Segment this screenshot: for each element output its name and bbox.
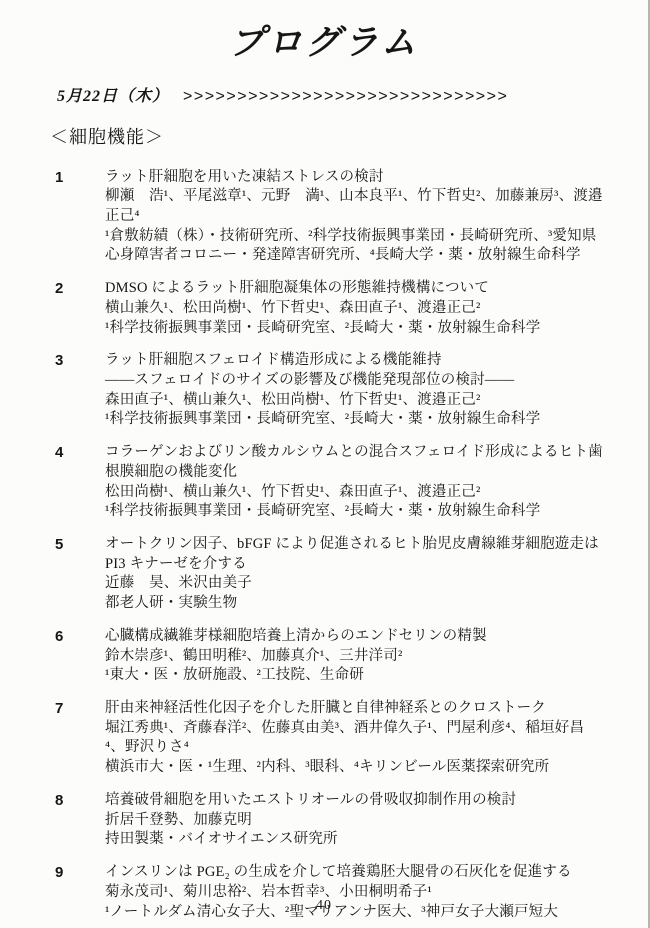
entry-subtitle: ――スフェロイドのサイズの影響及び機能発現部位の検討――: [105, 371, 604, 391]
entry-number: 3: [55, 351, 105, 430]
entry-affiliations: ¹東大・医・放研施設、²工技院、生命研: [105, 666, 604, 686]
entry-body: 心臓構成繊維芽様細胞培養上清からのエンドセリンの精製 鈴木崇彦¹、鶴田明稚²、加…: [105, 627, 604, 686]
program-entry: 7 肝由来神経活性化因子を介した肝臓と自律神経系とのクロストーク 堀江秀典¹、斉…: [0, 699, 648, 778]
entry-authors: 横山兼久¹、松田尚樹¹、竹下哲史¹、森田直子¹、渡邉正己²: [105, 299, 604, 319]
entry-number: 7: [55, 699, 105, 778]
entry-authors: 堀江秀典¹、斉藤春洋²、佐藤真由美³、酒井偉久子¹、門屋利彦⁴、稲垣好昌⁴、野沢…: [105, 719, 604, 758]
program-entry: 2 DMSO によるラット肝細胞凝集体の形態維持機構について 横山兼久¹、松田尚…: [0, 279, 648, 338]
entry-affiliations: ¹倉敷紡績（株）・技術研究所、²科学技術振興事業団・長崎研究所、³愛知県心身障害…: [105, 227, 604, 266]
entry-body: 培養破骨細胞を用いたエストリオールの骨吸収抑制作用の検討 折居千登勢、加藤克明 …: [105, 791, 604, 850]
entry-body: オートクリン因子、bFGF により促進されるヒト胎児皮膚線維芽細胞遊走は PI3…: [105, 535, 604, 614]
entry-title: DMSO によるラット肝細胞凝集体の形態維持機構について: [105, 279, 604, 299]
entry-affiliations: ¹科学技術振興事業団・長崎研究室、²長崎大・薬・放射線生命科学: [105, 410, 604, 430]
entry-number: 8: [55, 791, 105, 850]
entry-title: コラーゲンおよびリン酸カルシウムとの混合スフェロイド形成によるヒト歯根膜細胞の機…: [105, 443, 604, 482]
entry-number: 2: [55, 279, 105, 338]
entry-title: ラット肝細胞を用いた凍結ストレスの検討: [105, 168, 604, 188]
session-date-row: 5月22日（木） >>>>>>>>>>>>>>>>>>>>>>>>>>>>>>: [57, 83, 648, 106]
entry-title: 肝由来神経活性化因子を介した肝臓と自律神経系とのクロストーク: [105, 699, 604, 719]
entry-title: 培養破骨細胞を用いたエストリオールの骨吸収抑制作用の検討: [105, 791, 604, 811]
document-title: プログラム: [0, 0, 648, 63]
program-entry: 6 心臓構成繊維芽様細胞培養上清からのエンドセリンの精製 鈴木崇彦¹、鶴田明稚²…: [0, 627, 648, 686]
entry-authors: 松田尚樹¹、横山兼久¹、竹下哲史¹、森田直子¹、渡邉正己²: [105, 483, 604, 503]
entry-affiliations: ¹科学技術振興事業団・長崎研究室、²長崎大・薬・放射線生命科学: [105, 502, 604, 522]
page-number: 40: [0, 898, 648, 914]
section-heading: ＜細胞機能＞: [50, 123, 648, 149]
session-date: 5月22日（木）: [57, 88, 169, 105]
entry-number: 6: [55, 627, 105, 686]
entry-authors: 折居千登勢、加藤克明: [105, 811, 604, 831]
entry-body: コラーゲンおよびリン酸カルシウムとの混合スフェロイド形成によるヒト歯根膜細胞の機…: [105, 443, 604, 522]
entry-authors: 鈴木崇彦¹、鶴田明稚²、加藤真介¹、三井洋司²: [105, 647, 604, 667]
entry-body: ラット肝細胞スフェロイド構造形成による機能維持 ――スフェロイドのサイズの影響及…: [105, 351, 604, 430]
program-entry: 1 ラット肝細胞を用いた凍結ストレスの検討 柳瀬 浩¹、平尾滋章¹、元野 満¹、…: [0, 168, 648, 267]
entry-authors: 森田直子¹、横山兼久¹、松田尚樹¹、竹下哲史¹、渡邉正己²: [105, 391, 604, 411]
entry-body: 肝由来神経活性化因子を介した肝臓と自律神経系とのクロストーク 堀江秀典¹、斉藤春…: [105, 699, 604, 778]
program-entry: 5 オートクリン因子、bFGF により促進されるヒト胎児皮膚線維芽細胞遊走は P…: [0, 535, 648, 614]
entry-title: インスリンは PGE₂ の生成を介して培養鶏胚大腿骨の石灰化を促進する: [105, 863, 604, 883]
entry-affiliations: 都老人研・実験生物: [105, 594, 604, 614]
entry-number: 1: [55, 168, 105, 267]
program-document-page: プログラム 5月22日（木） >>>>>>>>>>>>>>>>>>>>>>>>>…: [0, 0, 650, 928]
program-entry: 8 培養破骨細胞を用いたエストリオールの骨吸収抑制作用の検討 折居千登勢、加藤克…: [0, 791, 648, 850]
program-entries-list: 1 ラット肝細胞を用いた凍結ストレスの検討 柳瀬 浩¹、平尾滋章¹、元野 満¹、…: [0, 168, 648, 923]
entry-title: オートクリン因子、bFGF により促進されるヒト胎児皮膚線維芽細胞遊走は PI3…: [105, 535, 604, 574]
entry-title: 心臓構成繊維芽様細胞培養上清からのエンドセリンの精製: [105, 627, 604, 647]
entry-body: DMSO によるラット肝細胞凝集体の形態維持機構について 横山兼久¹、松田尚樹¹…: [105, 279, 604, 338]
entry-body: ラット肝細胞を用いた凍結ストレスの検討 柳瀬 浩¹、平尾滋章¹、元野 満¹、山本…: [105, 168, 604, 267]
entry-affiliations: 横浜市大・医・¹生理、²内科、³眼科、⁴キリンビール医薬探索研究所: [105, 758, 604, 778]
program-entry: 4 コラーゲンおよびリン酸カルシウムとの混合スフェロイド形成によるヒト歯根膜細胞…: [0, 443, 648, 522]
entry-authors: 近藤 昊、米沢由美子: [105, 574, 604, 594]
entry-affiliations: 持田製薬・バイオサイエンス研究所: [105, 830, 604, 850]
entry-title: ラット肝細胞スフェロイド構造形成による機能維持: [105, 351, 604, 371]
entry-affiliations: ¹科学技術振興事業団・長崎研究室、²長崎大・薬・放射線生命科学: [105, 319, 604, 339]
entry-authors: 柳瀬 浩¹、平尾滋章¹、元野 満¹、山本良平¹、竹下哲史²、加藤兼房³、渡邉正己…: [105, 187, 604, 226]
entry-number: 4: [55, 443, 105, 522]
program-entry: 3 ラット肝細胞スフェロイド構造形成による機能維持 ――スフェロイドのサイズの影…: [0, 351, 648, 430]
entry-number: 5: [55, 535, 105, 614]
date-arrow-rule: >>>>>>>>>>>>>>>>>>>>>>>>>>>>>>: [183, 88, 508, 105]
